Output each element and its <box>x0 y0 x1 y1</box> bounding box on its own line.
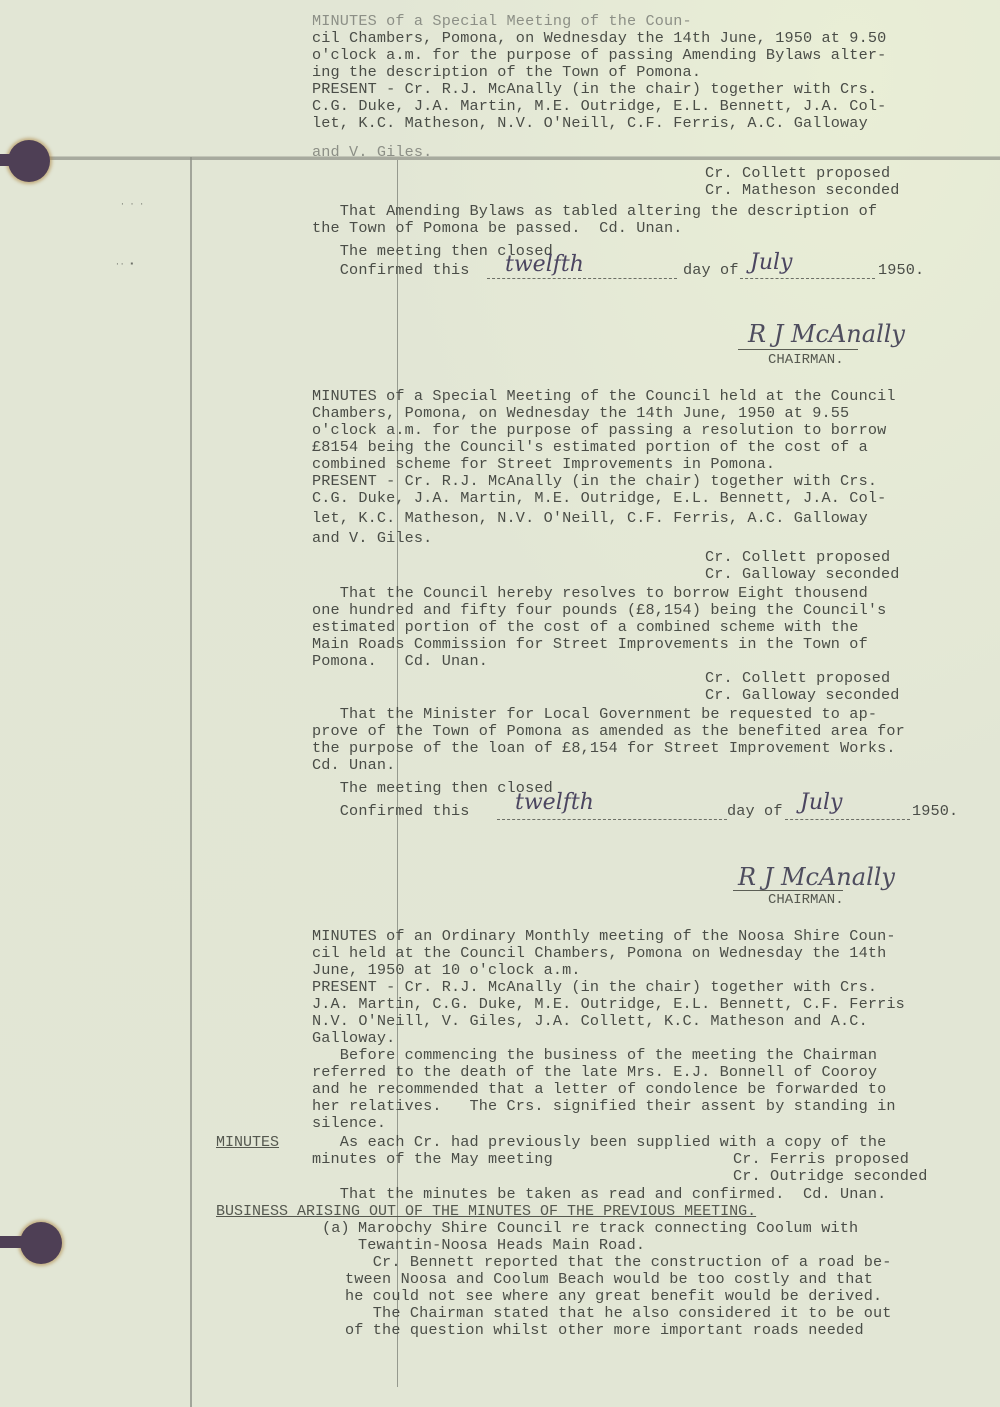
text-line: ing the description of the Town of Pomon… <box>312 64 701 81</box>
text-line: PRESENT - Cr. R.J. McAnally (in the chai… <box>312 979 877 996</box>
item-body-line: he could not see where any great benefit… <box>345 1288 882 1305</box>
text-line: and V. Giles. <box>312 144 432 161</box>
motion-line: Cd. Unan. <box>312 757 395 774</box>
text-line: MINUTES of a Special Meeting of the Coun… <box>312 388 896 405</box>
text-line: PRESENT - Cr. R.J. McAnally (in the chai… <box>312 81 877 98</box>
ink-speck: · · · <box>120 200 144 209</box>
margin-heading-minutes: MINUTES <box>216 1134 279 1151</box>
text-line: As each Cr. had previously been supplied… <box>312 1134 886 1151</box>
handwritten-month: July <box>750 250 792 275</box>
confirmed-year: 1950. <box>878 262 924 279</box>
text-line: o'clock a.m. for the purpose of passing … <box>312 422 886 439</box>
text-line: Galloway. <box>312 1030 395 1047</box>
item-body-line: Cr. Bennett reported that the constructi… <box>345 1254 892 1271</box>
seconded-line: Cr. Outridge seconded <box>733 1168 928 1185</box>
text-line: combined scheme for Street Improvements … <box>312 456 775 473</box>
text-line: and V. Giles. <box>312 530 432 547</box>
handwritten-day: twelfth <box>505 252 584 277</box>
item-body-line: tween Noosa and Coolum Beach would be to… <box>345 1271 873 1288</box>
text-line: cil held at the Council Chambers, Pomona… <box>312 945 886 962</box>
seconded-line: Cr. Galloway seconded <box>705 566 900 583</box>
proposed-line: Cr. Collett proposed <box>705 549 890 566</box>
text-line: let, K.C. Matheson, N.V. O'Neill, C.F. F… <box>312 510 868 527</box>
text-line: let, K.C. Matheson, N.V. O'Neill, C.F. F… <box>312 115 868 132</box>
text-line: N.V. O'Neill, V. Giles, J.A. Collett, K.… <box>312 1013 868 1030</box>
text-line: MINUTES of a Special Meeting of the Coun… <box>312 13 692 30</box>
text-line: her relatives. The Crs. signified their … <box>312 1098 896 1115</box>
binder-hole-icon <box>20 1222 62 1264</box>
proposed-line: Cr. Collett proposed <box>705 670 890 687</box>
motion-line: one hundred and fifty four pounds (£8,15… <box>312 602 886 619</box>
text-line: PRESENT - Cr. R.J. McAnally (in the chai… <box>312 473 877 490</box>
confirmed-prefix: Confirmed this <box>312 803 470 820</box>
text-line: C.G. Duke, J.A. Martin, M.E. Outridge, E… <box>312 490 886 507</box>
resolution-line: That the minutes be taken as read and co… <box>312 1186 886 1203</box>
chairman-signature: R J McAnally <box>738 863 895 891</box>
chairman-label: CHAIRMAN. <box>768 352 844 368</box>
signature-line <box>738 349 858 350</box>
item-line: Maroochy Shire Council re track connecti… <box>358 1220 858 1237</box>
text-line: silence. <box>312 1115 386 1132</box>
motion-line: estimated portion of the cost of a combi… <box>312 619 859 636</box>
page-overlap-edge <box>0 156 1000 160</box>
motion-line: Pomona. Cd. Unan. <box>312 653 488 670</box>
month-blank <box>785 818 910 820</box>
text-line: minutes of the May meeting <box>312 1151 553 1168</box>
handwritten-day: twelfth <box>515 790 594 815</box>
item-line: Tewantin-Noosa Heads Main Road. <box>358 1237 645 1254</box>
handwritten-month: July <box>800 790 842 815</box>
text-line: referred to the death of the late Mrs. E… <box>312 1064 877 1081</box>
text-line: £8154 being the Council's estimated port… <box>312 439 868 456</box>
item-body-line: of the question whilst other more import… <box>345 1322 864 1339</box>
text-line: cil Chambers, Pomona, on Wednesday the 1… <box>312 30 886 47</box>
seconded-line: Cr. Galloway seconded <box>705 687 900 704</box>
motion-line: prove of the Town of Pomona as amended a… <box>312 723 905 740</box>
text-line: June, 1950 at 10 o'clock a.m. <box>312 962 581 979</box>
business-arising-heading: BUSINESS ARISING OUT OF THE MINUTES OF T… <box>216 1203 756 1220</box>
resolution-line: That Amending Bylaws as tabled altering … <box>312 203 877 220</box>
proposed-line: Cr. Collett proposed <box>705 165 890 182</box>
motion-line: That the Council hereby resolves to borr… <box>312 585 868 602</box>
text-line: C.G. Duke, J.A. Martin, M.E. Outridge, E… <box>312 98 886 115</box>
seconded-line: Cr. Matheson seconded <box>705 182 900 199</box>
margin-rule <box>190 157 192 1407</box>
text-line: Before commencing the business of the me… <box>312 1047 877 1064</box>
resolution-line: the Town of Pomona be passed. Cd. Unan. <box>312 220 683 237</box>
text-line: and he recommended that a letter of cond… <box>312 1081 886 1098</box>
text-line: MINUTES of an Ordinary Monthly meeting o… <box>312 928 896 945</box>
month-blank <box>740 277 875 279</box>
motion-line: That the Minister for Local Government b… <box>312 706 877 723</box>
binder-hole-icon <box>8 140 50 182</box>
proposed-line: Cr. Ferris proposed <box>733 1151 909 1168</box>
signature-line <box>733 890 843 891</box>
confirmed-mid: day of <box>727 803 783 820</box>
day-blank <box>487 277 677 279</box>
motion-line: the purpose of the loan of £8,154 for St… <box>312 740 896 757</box>
confirmed-mid: day of <box>683 262 739 279</box>
day-blank <box>497 818 727 820</box>
confirmed-year: 1950. <box>912 803 958 820</box>
item-body-line: The Chairman stated that he also conside… <box>345 1305 892 1322</box>
confirmed-prefix: Confirmed this <box>312 262 470 279</box>
motion-line: Main Roads Commission for Street Improve… <box>312 636 868 653</box>
chairman-label: CHAIRMAN. <box>768 892 844 908</box>
chairman-signature: R J McAnally <box>748 320 905 348</box>
ink-speck: ·· ▪ <box>115 260 134 269</box>
text-line: o'clock a.m. for the purpose of passing … <box>312 47 886 64</box>
text-line: Chambers, Pomona, on Wednesday the 14th … <box>312 405 849 422</box>
text-line: J.A. Martin, C.G. Duke, M.E. Outridge, E… <box>312 996 905 1013</box>
item-label: (a) <box>322 1220 350 1237</box>
